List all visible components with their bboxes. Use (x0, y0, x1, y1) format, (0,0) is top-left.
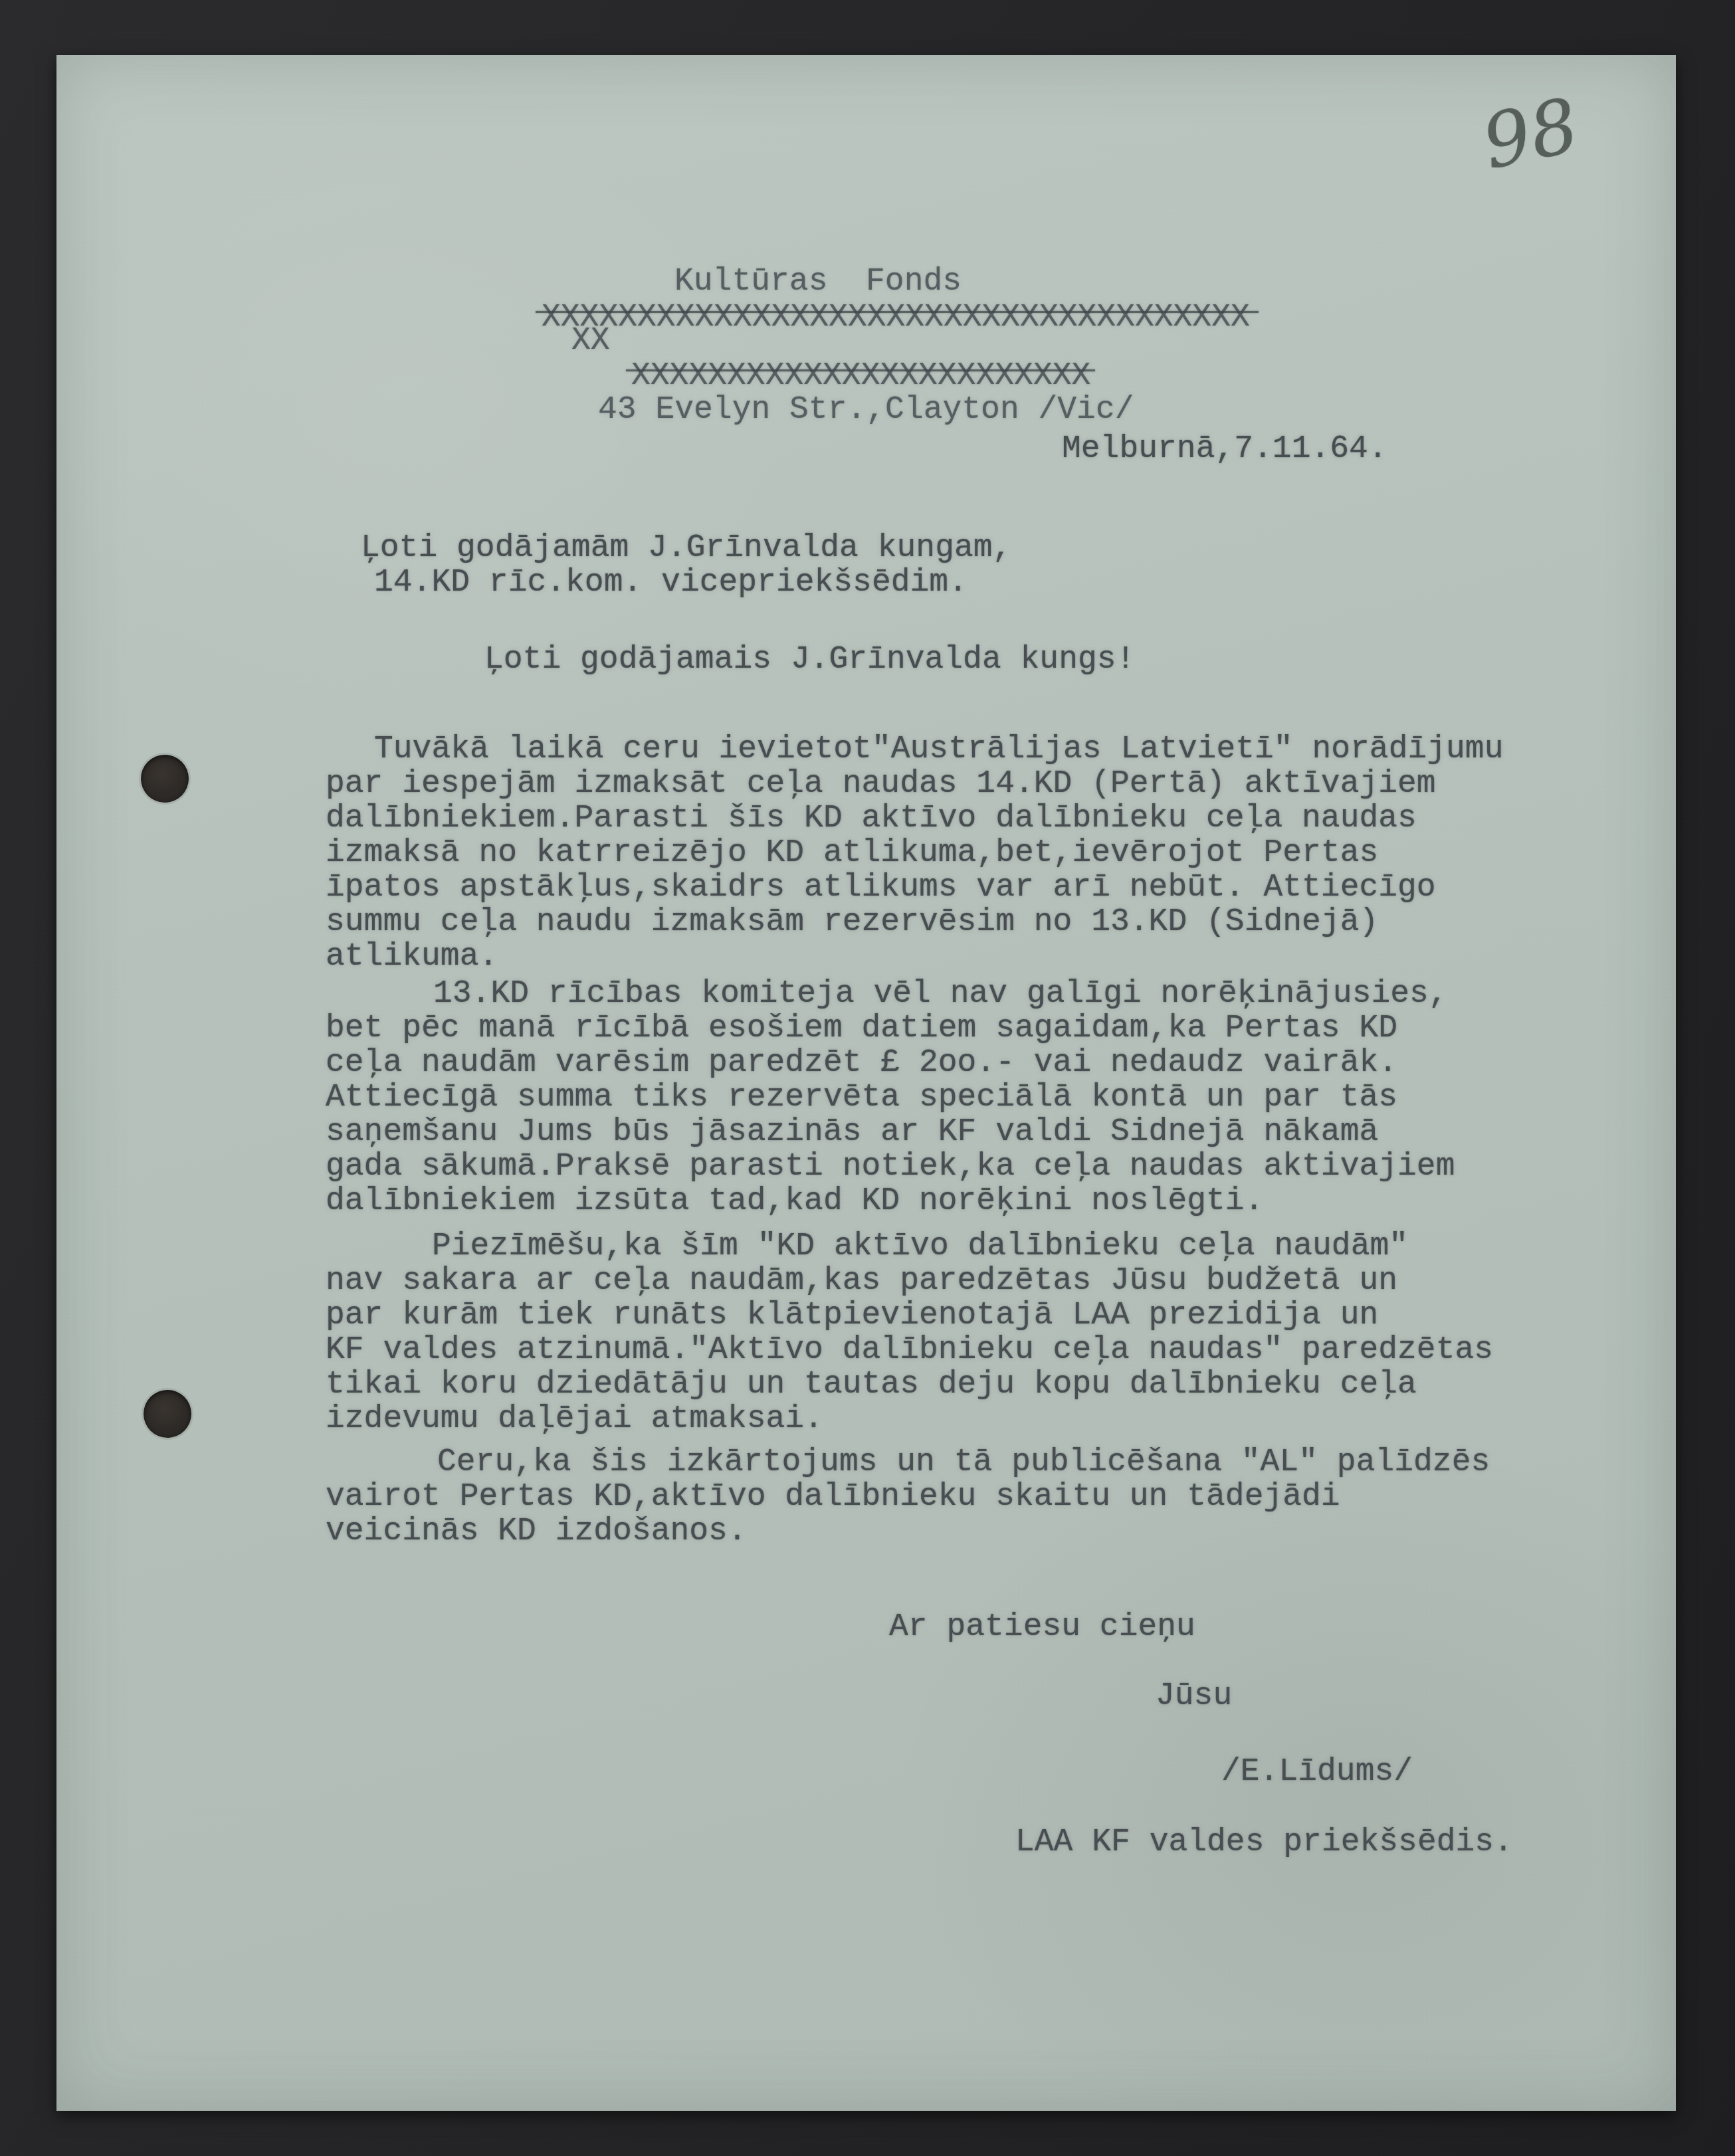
recipient-line-2: 14.KD rīc.kom. vicepriekšsēdim. (374, 565, 968, 600)
scanned-letter-page: 98 Kultūras Fonds XXXXXXXXXXXXXXXXXXXXXX… (0, 0, 1735, 2156)
dateline: Melburnā,7.11.64. (1062, 432, 1387, 466)
closing-signature: /E.Līdums/ (1221, 1755, 1413, 1789)
strike-line-2 (626, 369, 1095, 371)
closing-signer-title: LAA KF valdes priekšsēdis. (1015, 1825, 1513, 1860)
body-paragraph-2: 13.KD rīcības komiteja vēl nav galīgi no… (326, 977, 1455, 1219)
body-paragraph-4: Ceru,ka šis izkārtojums un tā publicēšan… (326, 1445, 1490, 1549)
punch-hole-top (141, 755, 189, 803)
letterhead-struck-out-row-1: XXXXXXXXXXXXXXXXXXXXXXXXXXXXXXXXXXXXX (542, 300, 1250, 335)
letterhead-struck-out-row-2: XXXXXXXXXXXXXXXXXXXXXXXX (631, 359, 1090, 393)
page-number-annotation: 98 (1477, 88, 1585, 180)
closing-yours: Jūsu (1156, 1679, 1232, 1714)
salutation: Ļoti godājamais J.Grīnvalda kungs! (484, 642, 1135, 677)
body-paragraph-1: Tuvākā laikā ceru ievietot"Austrālijas L… (326, 732, 1503, 974)
closing-valediction: Ar patiesu cieņu (889, 1610, 1195, 1644)
recipient-line-1: Ļoti godājamām J.Grīnvalda kungam, (361, 531, 1011, 565)
letterhead-struck-out-row-1-overtype: XX (571, 324, 610, 358)
letterhead-org-name: Kultūras Fonds (674, 264, 962, 299)
body-paragraph-3: Piezīmēšu,ka šīm "KD aktīvo dalībnieku c… (326, 1229, 1493, 1436)
letterhead-address: 43 Evelyn Str.,Clayton /Vic/ (598, 393, 1134, 427)
strike-line-1 (536, 311, 1259, 313)
punch-hole-bottom (144, 1390, 191, 1438)
